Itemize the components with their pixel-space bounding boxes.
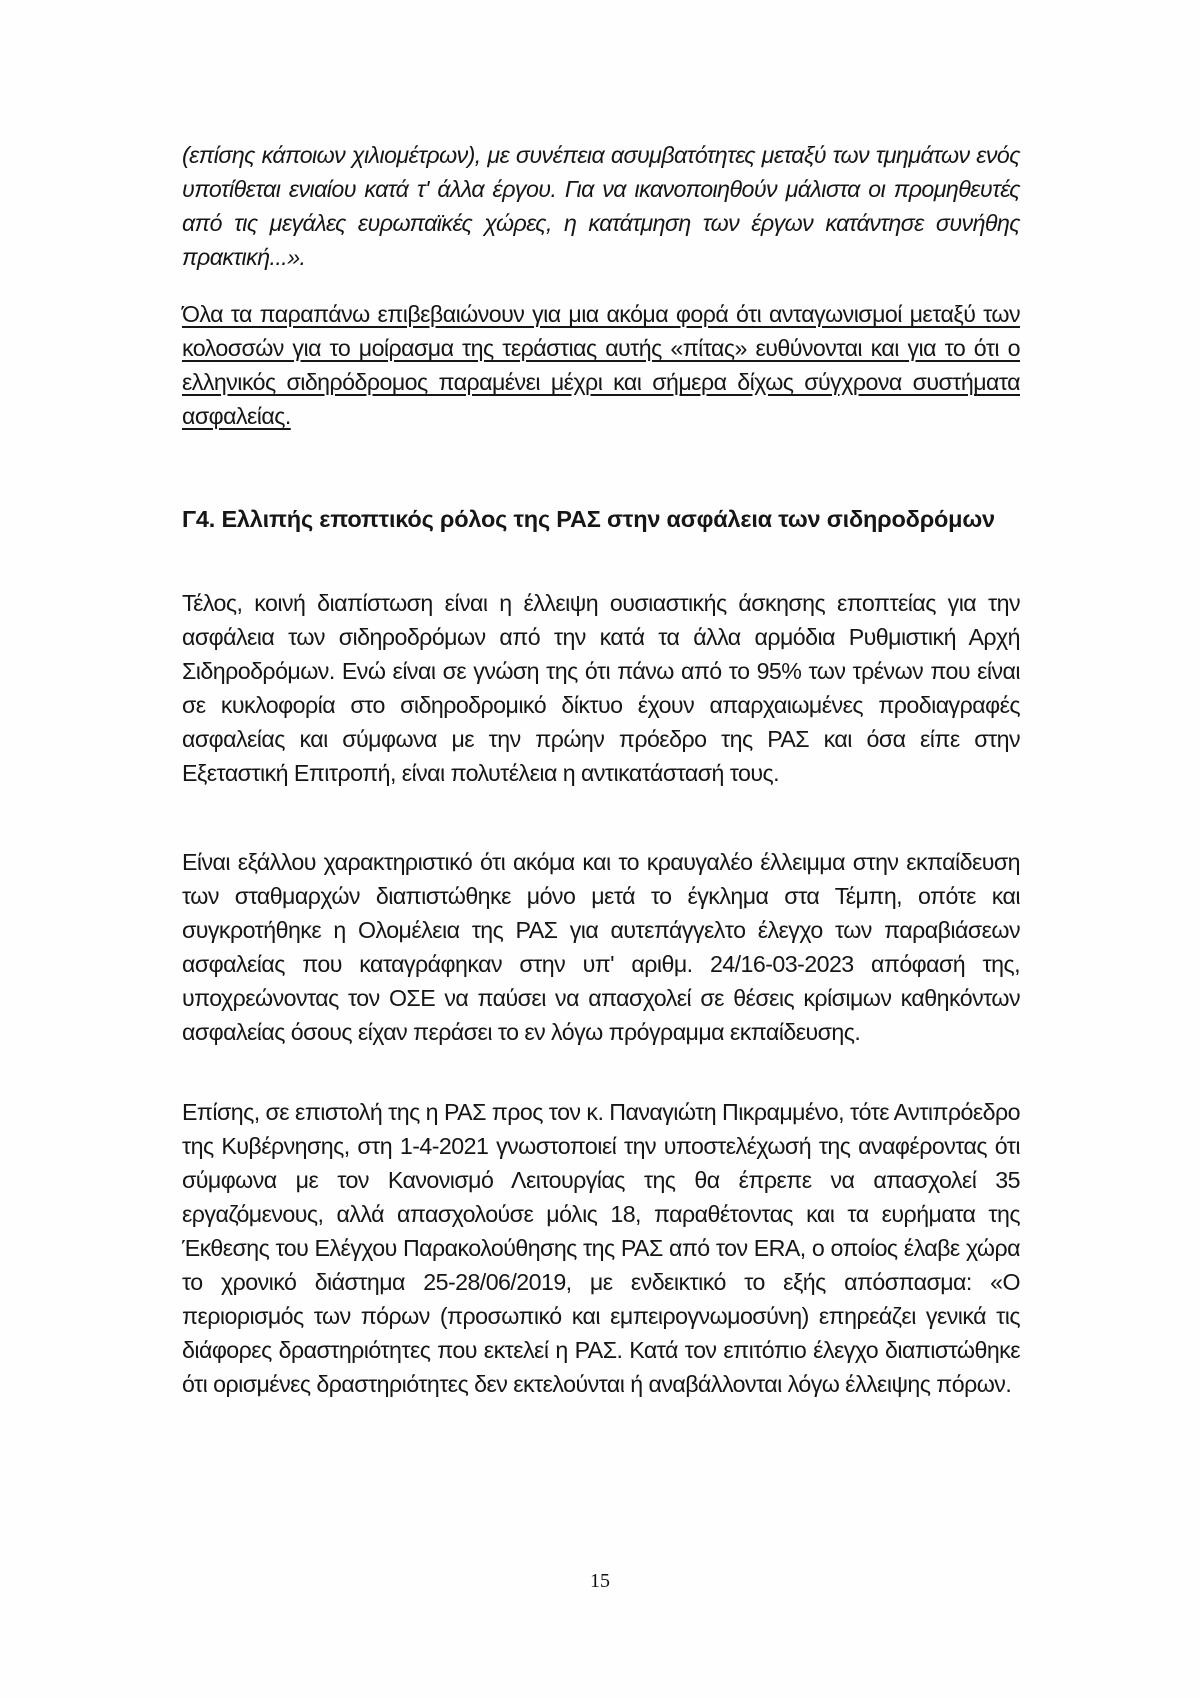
understaffing-paragraph: Επίσης, σε επιστολή της η ΡΑΣ προς τον κ…	[182, 1095, 1020, 1401]
conclusion-paragraph: Όλα τα παραπάνω επιβεβαιώνουν για μια ακ…	[182, 297, 1020, 433]
section-heading: Γ4. Ελλιπής εποπτικός ρόλος της ΡΑΣ στην…	[182, 502, 1020, 536]
page-number: 15	[0, 1570, 1200, 1593]
supervision-paragraph: Τέλος, κοινή διαπίστωση είναι η έλλειψη …	[182, 586, 1020, 790]
training-deficit-paragraph: Είναι εξάλλου χαρακτηριστικό ότι ακόμα κ…	[182, 845, 1020, 1049]
document-page: (επίσης κάποιων χιλιομέτρων), με συνέπει…	[0, 0, 1200, 1698]
quoted-paragraph-end: (επίσης κάποιων χιλιομέτρων), με συνέπει…	[182, 138, 1020, 274]
